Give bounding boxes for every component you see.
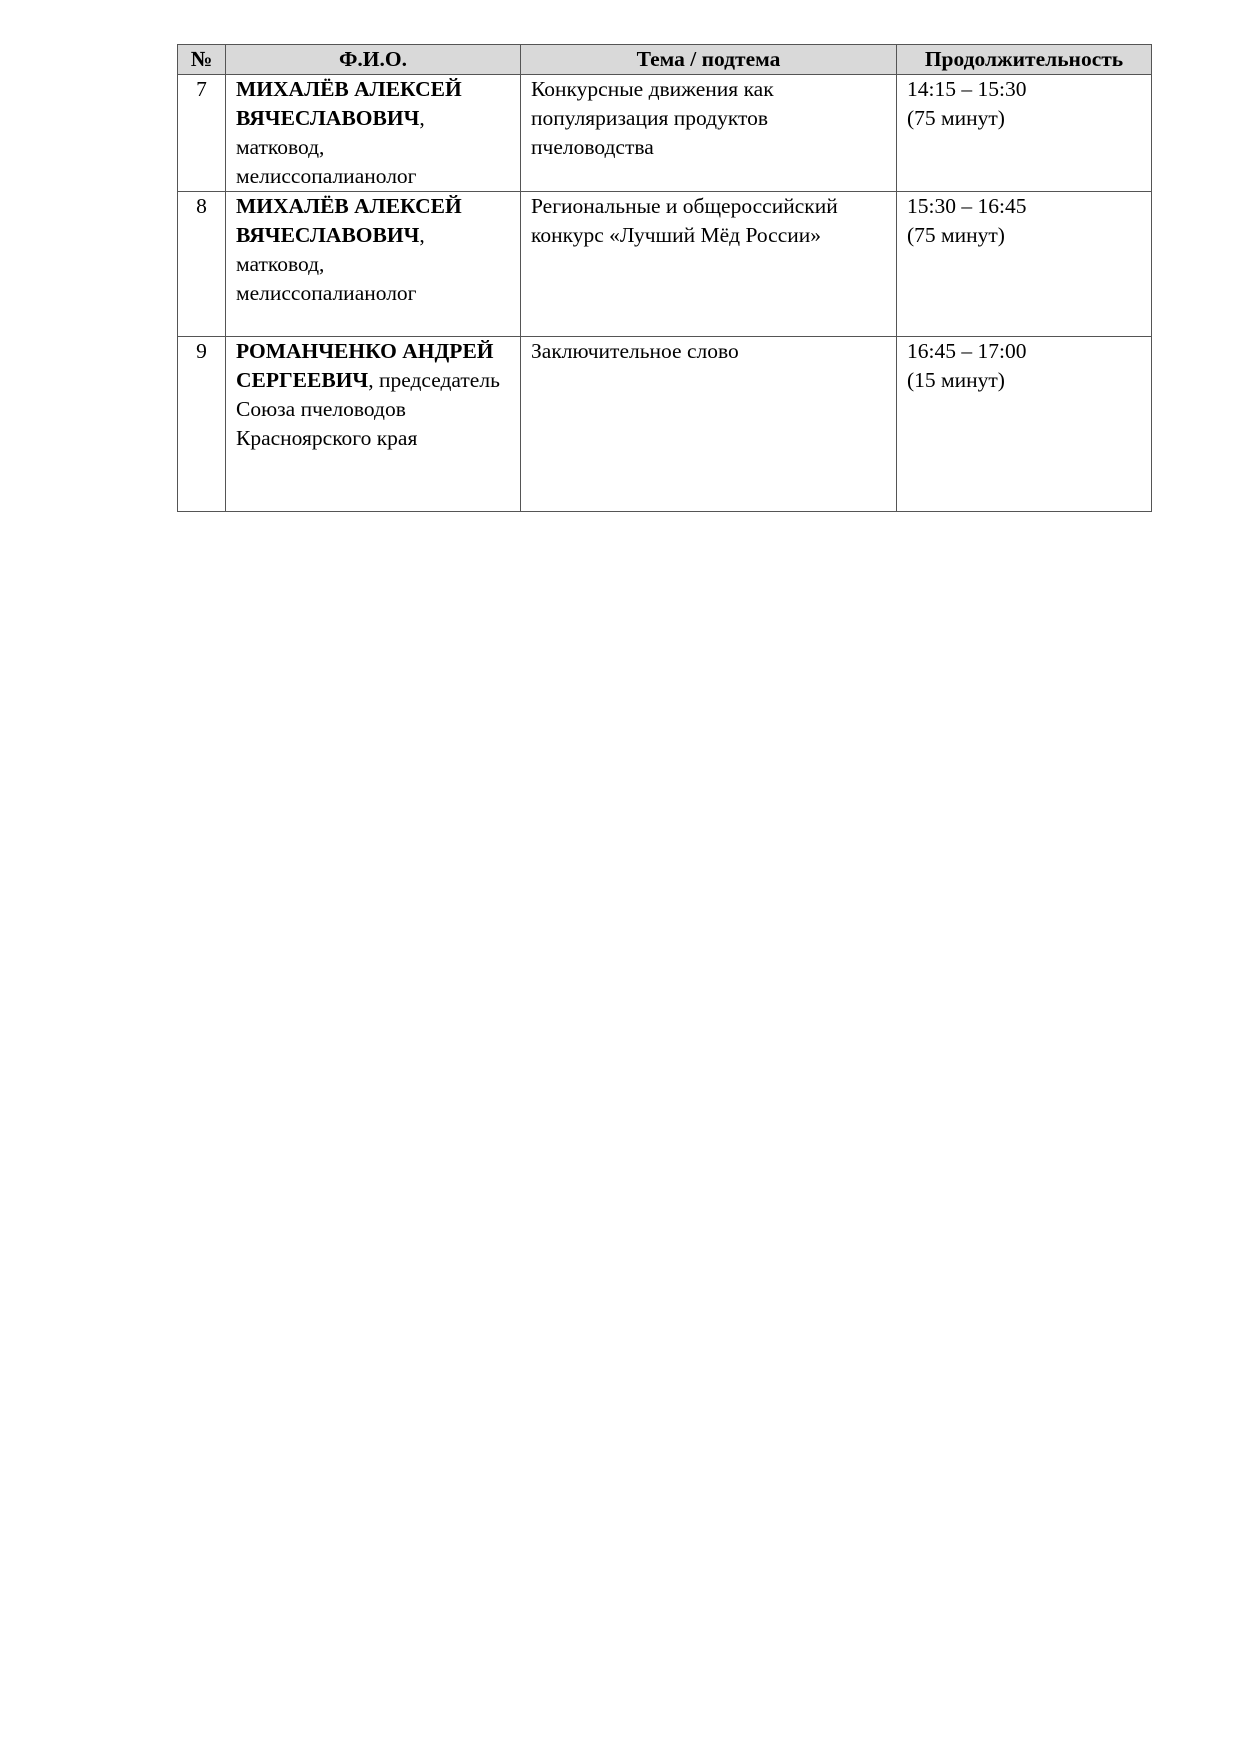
time-range: 16:45 – 17:00 [907, 337, 1141, 366]
speaker-position: матковод, мелиссопалианолог [236, 135, 417, 188]
duration-cell: 16:45 – 17:00 (15 минут) [897, 337, 1152, 512]
duration-minutes: (75 минут) [907, 104, 1141, 133]
header-num: № [178, 45, 226, 75]
speaker-cell: МИХАЛЁВ АЛЕКСЕЙ ВЯЧЕСЛАВОВИЧ, матковод, … [226, 192, 521, 337]
name-comma: , [419, 223, 424, 247]
duration-cell: 14:15 – 15:30 (75 минут) [897, 75, 1152, 192]
table-row: 8 МИХАЛЁВ АЛЕКСЕЙ ВЯЧЕСЛАВОВИЧ, матковод… [178, 192, 1152, 337]
row-number: 9 [178, 337, 226, 512]
speaker-cell: РОМАНЧЕНКО АНДРЕЙ СЕРГЕЕВИЧ, председател… [226, 337, 521, 512]
duration-cell: 15:30 – 16:45 (75 минут) [897, 192, 1152, 337]
header-duration: Продолжительность [897, 45, 1152, 75]
header-name: Ф.И.О. [226, 45, 521, 75]
time-range: 15:30 – 16:45 [907, 192, 1141, 221]
table-row: 7 МИХАЛЁВ АЛЕКСЕЙ ВЯЧЕСЛАВОВИЧ, матковод… [178, 75, 1152, 192]
row-number: 7 [178, 75, 226, 192]
header-topic: Тема / подтема [521, 45, 897, 75]
speaker-cell: МИХАЛЁВ АЛЕКСЕЙ ВЯЧЕСЛАВОВИЧ, матковод, … [226, 75, 521, 192]
name-comma: , [419, 106, 424, 130]
table-header-row: № Ф.И.О. Тема / подтема Продолжительност… [178, 45, 1152, 75]
topic-cell: Региональные и общероссийский конкурс «Л… [521, 192, 897, 337]
topic-cell: Заключительное слово [521, 337, 897, 512]
duration-minutes: (75 минут) [907, 221, 1141, 250]
topic-cell: Конкурсные движения как популяризация пр… [521, 75, 897, 192]
speaker-position: матковод, мелиссопалианолог [236, 252, 417, 305]
schedule-table: № Ф.И.О. Тема / подтема Продолжительност… [177, 44, 1152, 512]
speaker-name: МИХАЛЁВ АЛЕКСЕЙ ВЯЧЕСЛАВОВИЧ [236, 194, 462, 247]
name-comma: , [368, 368, 373, 392]
row-number: 8 [178, 192, 226, 337]
duration-minutes: (15 минут) [907, 366, 1141, 395]
time-range: 14:15 – 15:30 [907, 75, 1141, 104]
table-row: 9 РОМАНЧЕНКО АНДРЕЙ СЕРГЕЕВИЧ, председат… [178, 337, 1152, 512]
speaker-name: МИХАЛЁВ АЛЕКСЕЙ ВЯЧЕСЛАВОВИЧ [236, 77, 462, 130]
